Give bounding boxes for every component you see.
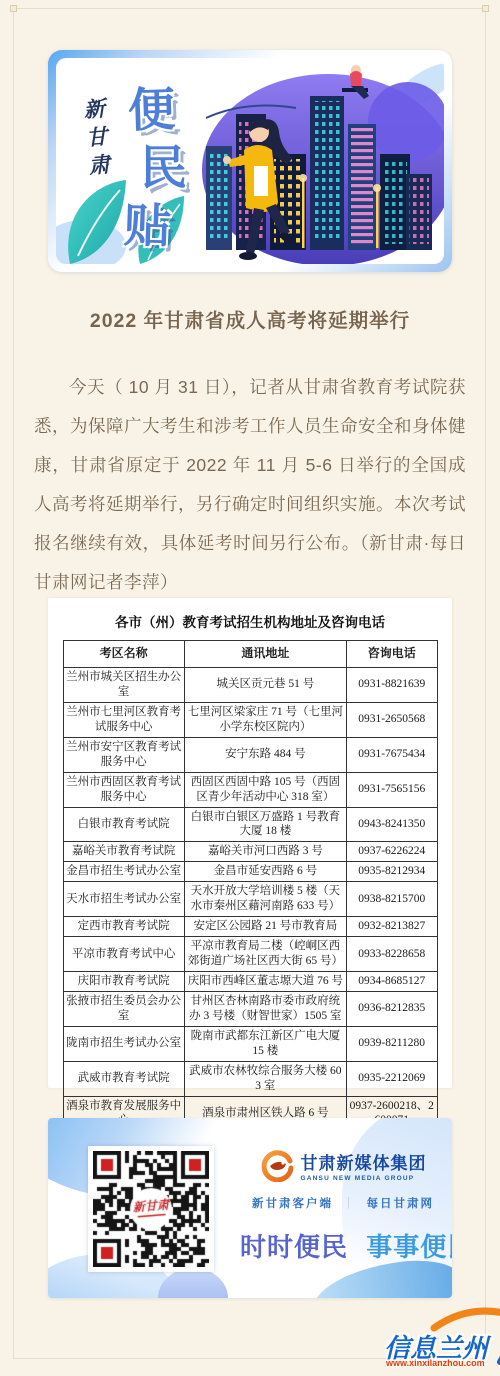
slogan-right: 事事便民 xyxy=(366,1232,452,1262)
table-row: 天水市招生考试办公室天水开放大学培训楼 5 楼（天水市秦州区藉河南路 633 号… xyxy=(63,882,437,917)
daily-site-label: 每日甘肃网 xyxy=(367,1195,435,1211)
phone-cell: 0935-8212934 xyxy=(346,862,437,882)
table-row: 武威市教育考试院武威市农林牧综合服务大楼 603 室0935-2212069 xyxy=(63,1061,437,1096)
table-title: 各市（州）教育考试招生机构地址及咨询电话 xyxy=(48,611,452,631)
phone-cell: 0931-7565156 xyxy=(346,772,437,807)
slogan: 时时便民 事事便民 xyxy=(240,1227,446,1264)
phone-cell: 0943-8241350 xyxy=(346,807,437,842)
table-row: 白银市教育考试院白银市白银区万盛路 1 号教育大厦 18 楼0943-82413… xyxy=(63,807,437,842)
exam-office-cell: 兰州市七里河区教育考试服务中心 xyxy=(63,702,184,737)
address-cell: 安宁东路 484 号 xyxy=(184,737,346,772)
table-row: 兰州市七里河区教育考试服务中心七里河区梁家庄 71 号（七里河小学东校区院内）0… xyxy=(63,702,437,737)
phone-cell: 0932-8213827 xyxy=(346,917,437,937)
address-cell: 七里河区梁家庄 71 号（七里河小学东校区院内） xyxy=(184,702,346,737)
address-cell: 陇南市武都东江新区广电大厦 15 楼 xyxy=(184,1026,346,1061)
banner-illustration: 新甘肃 便 民 贴 xyxy=(56,58,444,264)
brand-block: 甘肃新媒体集团 GANSU NEW MEDIA GROUP 新甘肃客户端 ｜ 每… xyxy=(240,1148,446,1264)
address-cell: 武威市农林牧综合服务大楼 603 室 xyxy=(184,1061,346,1096)
article-title: 2022 年甘肃省成人高考将延期举行 xyxy=(0,305,500,333)
address-cell: 安定区公园路 21 号市教育局 xyxy=(184,917,346,937)
phone-cell: 0931-7675434 xyxy=(346,737,437,772)
exam-office-cell: 兰州市城关区招生办公室 xyxy=(63,668,184,703)
exam-office-cell: 庆阳市教育考试院 xyxy=(63,971,184,991)
exam-office-cell: 兰州市西固区教育考试服务中心 xyxy=(63,772,184,807)
separator: ｜ xyxy=(343,1195,357,1211)
phone-cell: 0934-8685127 xyxy=(346,971,437,991)
table-row: 陇南市招生考试办公室陇南市武都东江新区广电大厦 15 楼0939-8211280 xyxy=(63,1026,437,1061)
frame-handle xyxy=(482,5,489,12)
phone-cell: 0935-2212069 xyxy=(346,1061,437,1096)
app-client-label: 新甘肃客户端 xyxy=(252,1195,333,1211)
exam-office-cell: 白银市教育考试院 xyxy=(63,807,184,842)
brand-name-cn: 甘肃新媒体集团 xyxy=(301,1149,427,1174)
address-cell: 天水开放大学培训楼 5 楼（天水市秦州区藉河南路 633 号） xyxy=(184,882,346,917)
column-header: 考区名称 xyxy=(63,641,184,668)
address-cell: 城关区贡元巷 51 号 xyxy=(184,668,346,703)
address-cell: 金昌市延安西路 6 号 xyxy=(184,862,346,882)
contact-table: 考区名称通讯地址咨询电话 兰州市城关区招生办公室城关区贡元巷 51 号0931-… xyxy=(63,640,438,1201)
exam-office-cell: 兰州市安宁区教育考试服务中心 xyxy=(63,737,184,772)
exam-office-cell: 金昌市招生考试办公室 xyxy=(63,862,184,882)
exam-office-cell: 平凉市教育考试中心 xyxy=(63,937,184,972)
column-header: 通讯地址 xyxy=(184,641,346,668)
contact-table-panel: 各市（州）教育考试招生机构地址及咨询电话 考区名称通讯地址咨询电话 兰州市城关区… xyxy=(48,598,452,1088)
table-row: 庆阳市教育考试院庆阳市西峰区董志塬大道 76 号0934-8685127 xyxy=(63,971,437,991)
slogan-left: 时时便民 xyxy=(240,1232,348,1262)
column-header: 咨询电话 xyxy=(346,641,437,668)
article-body: 今天（ 10 月 31 日），记者从甘肃省教育考试院获悉，为保障广大考生和涉考工… xyxy=(34,368,466,602)
phone-cell: 0939-8211280 xyxy=(346,1026,437,1061)
banner-title-char: 便 xyxy=(127,85,176,134)
footer-banner[interactable]: 甘肃新媒体集团 GANSU NEW MEDIA GROUP 新甘肃客户端 ｜ 每… xyxy=(48,1118,452,1298)
address-cell: 西固区西固中路 105 号（西固区青少年活动中心 318 室） xyxy=(184,772,346,807)
table-row: 定西市教育考试院安定区公园路 21 号市教育局0932-8213827 xyxy=(63,917,437,937)
address-cell: 嘉峪关市河口西路 3 号 xyxy=(184,842,346,862)
table-row: 兰州市城关区招生办公室城关区贡元巷 51 号0931-8821639 xyxy=(63,668,437,703)
exam-office-cell: 陇南市招生考试办公室 xyxy=(63,1026,184,1061)
decor-blob xyxy=(158,1268,228,1298)
watermark-url: www.xinxilanzhou.com xyxy=(386,1358,485,1368)
city-illustration xyxy=(56,58,444,264)
brand-name-en: GANSU NEW MEDIA GROUP xyxy=(301,1175,427,1182)
banner-title-char: 贴 xyxy=(123,201,172,250)
table-row: 金昌市招生考试办公室金昌市延安西路 6 号0935-8212934 xyxy=(63,862,437,882)
exam-office-cell: 武威市教育考试院 xyxy=(63,1061,184,1096)
phone-cell: 0931-2650568 xyxy=(346,702,437,737)
table-row: 张掖市招生委员会办公室甘州区杏林南路市委市政府统办 3 号楼（财智世家）1505… xyxy=(63,991,437,1026)
address-cell: 白银市白银区万盛路 1 号教育大厦 18 楼 xyxy=(184,807,346,842)
table-header-row: 考区名称通讯地址咨询电话 xyxy=(63,641,437,668)
exam-office-cell: 定西市教育考试院 xyxy=(63,917,184,937)
phone-cell: 0931-8821639 xyxy=(346,668,437,703)
banner-title-char: 民 xyxy=(140,144,187,191)
phone-cell: 0936-8212835 xyxy=(346,991,437,1026)
address-cell: 庆阳市西峰区董志塬大道 76 号 xyxy=(184,971,346,991)
table-row: 嘉峪关市教育考试院嘉峪关市河口西路 3 号0937-6226224 xyxy=(63,842,437,862)
exam-office-cell: 张掖市招生委员会办公室 xyxy=(63,991,184,1026)
address-cell: 甘州区杏林南路市委市政府统办 3 号楼（财智世家）1505 室 xyxy=(184,991,346,1026)
table-row: 兰州市安宁区教育考试服务中心安宁东路 484 号0931-7675434 xyxy=(63,737,437,772)
phone-cell: 0937-6226224 xyxy=(346,842,437,862)
qr-code xyxy=(88,1146,214,1272)
phone-cell: 0938-8215700 xyxy=(346,882,437,917)
phone-cell: 0933-8228658 xyxy=(346,937,437,972)
exam-office-cell: 嘉峪关市教育考试院 xyxy=(63,842,184,862)
gansu-media-logo-icon xyxy=(260,1148,294,1182)
table-row: 兰州市西固区教育考试服务中心西固区西固中路 105 号（西固区青少年活动中心 3… xyxy=(63,772,437,807)
frame-handle xyxy=(10,5,17,12)
exam-office-cell: 天水市招生考试办公室 xyxy=(63,882,184,917)
site-watermark: 信息兰州 www.xinxilanzhou.com xyxy=(382,1306,500,1372)
table-row: 平凉市教育考试中心平凉市教育局二楼（崆峒区西郊街道广场社区西大街 65 号）09… xyxy=(63,937,437,972)
address-cell: 平凉市教育局二楼（崆峒区西郊街道广场社区西大街 65 号） xyxy=(184,937,346,972)
banner-image[interactable]: 新甘肃 便 民 贴 xyxy=(48,50,452,272)
